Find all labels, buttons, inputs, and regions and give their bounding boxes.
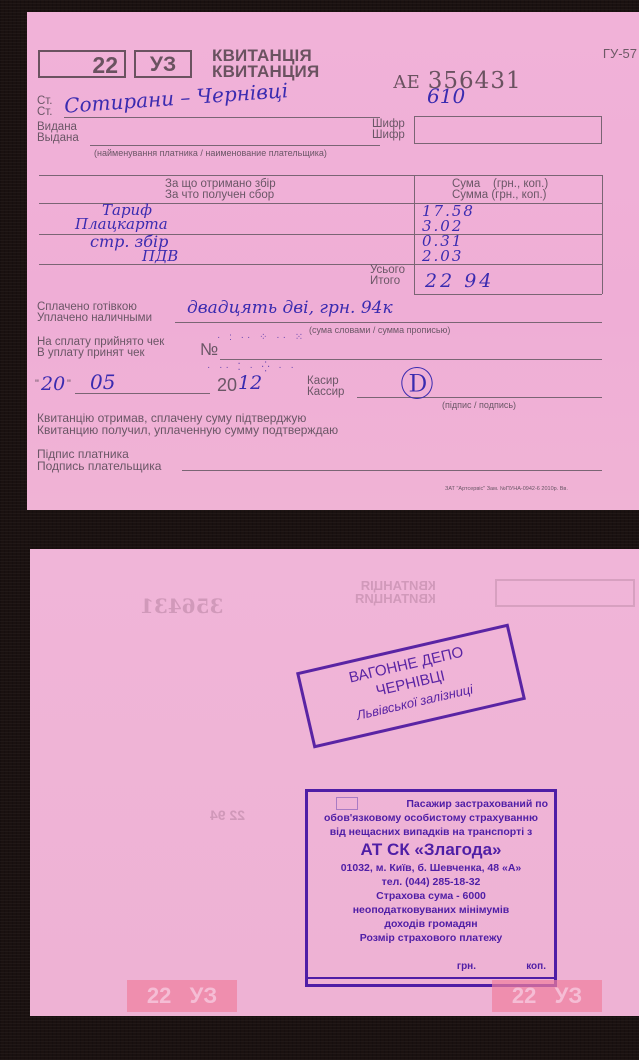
date-quote: " xyxy=(35,378,39,390)
table-col1-header: За що отримано збірЗа что получен сбор xyxy=(165,179,276,201)
depot-stamp: ВАГОННЕ ДЕПО ЧЕРНІВЦІ Львівської залізни… xyxy=(296,623,526,748)
table-right-border xyxy=(602,175,603,294)
table-bottom-line xyxy=(39,264,602,265)
confirmation-text: Квитанцію отримав, сплачену суму підтвер… xyxy=(37,412,338,436)
insurance-logo-icon xyxy=(336,797,358,810)
total-bottom-line xyxy=(414,294,602,295)
ghost-box xyxy=(495,579,635,607)
cashier-line xyxy=(357,397,602,398)
date-day: 20 xyxy=(41,373,65,395)
words-caption: (сума словами / сумма прописью) xyxy=(309,325,450,335)
payer-signature-label: Підпис платникаПодпись плательщика xyxy=(37,448,161,472)
check-label: На сплату прийнято чекВ уплату принят че… xyxy=(37,337,164,359)
table-col2-header: Сума (грн., коп.)Сумма (грн., коп.) xyxy=(452,179,548,201)
insurance-stamp: Пасажир застрахований по обов'язковому о… xyxy=(305,789,557,987)
table-row: ПДВ xyxy=(142,249,178,264)
date-quote: " xyxy=(67,378,71,390)
printer-footer: ЗАТ "Артсервіс" Зам. №ПУНА-0942-6 2010р.… xyxy=(445,486,568,492)
cipher-field xyxy=(414,116,602,144)
ghost-total: 22 94 xyxy=(210,807,245,823)
table-top-line xyxy=(39,175,602,176)
table-amount: 2.03 xyxy=(422,249,463,264)
ghost-number: 356431 xyxy=(140,594,224,618)
handwritten-code: 610 xyxy=(427,84,465,108)
payer-signature-line xyxy=(182,470,602,471)
paid-words-line xyxy=(175,322,602,323)
station-value: Сотирани – Чернівці xyxy=(63,78,288,118)
date-year-suffix: 12 xyxy=(238,372,262,394)
receipt-title: КВИТАНЦІЯ КВИТАНЦИЯ xyxy=(212,48,319,80)
check-number-label: № xyxy=(200,340,218,360)
date-year-prefix: 20 xyxy=(217,375,237,396)
payer-line xyxy=(90,145,380,146)
railway-number-box: 22 xyxy=(38,50,126,78)
receipt-front: ГУ-57 22 УЗ КВИТАНЦІЯ КВИТАНЦИЯ АЕ356431… xyxy=(27,12,639,510)
total-label: УсьогоИтого xyxy=(370,265,405,287)
station-label: Ст.Ст. xyxy=(37,96,53,118)
uz-logo-box: УЗ xyxy=(134,50,192,78)
form-code: ГУ-57 xyxy=(603,46,637,61)
watermark-uz-right: 22 УЗ xyxy=(492,980,602,1012)
cashier-label: КасирКассир xyxy=(307,376,344,398)
date-month-line xyxy=(75,393,210,394)
total-value: 22 94 xyxy=(425,270,494,292)
paid-cash-label: Сплачено готівкоюУплачено наличными xyxy=(37,302,152,324)
issued-label: ВиданаВыдана xyxy=(37,122,79,144)
station-line xyxy=(64,117,380,118)
payer-caption: (найменування платника / наименование пл… xyxy=(94,148,327,158)
paid-amount-words: двадцять дві, грн. 94к xyxy=(187,298,393,318)
watermark-uz-left: 22 УЗ xyxy=(127,980,237,1012)
stamp-smudge: · : ·· ⁘ ·· ⁙ xyxy=(217,332,306,343)
check-line xyxy=(220,359,602,360)
ghost-title: КВИТАНЦІЯКВИТАНЦИЯ xyxy=(355,579,436,605)
cashier-signature: Ⓓ xyxy=(400,368,434,402)
table-divider xyxy=(414,175,415,294)
date-month: 05 xyxy=(90,370,115,394)
receipt-back: КВИТАНЦІЯКВИТАНЦИЯ 356431 22 94 ВАГОННЕ … xyxy=(30,549,639,1016)
signature-caption: (підпис / подпись) xyxy=(442,400,516,410)
cipher-label: ШифрШифр xyxy=(372,119,405,141)
table-row: Плацкарта xyxy=(75,217,168,232)
